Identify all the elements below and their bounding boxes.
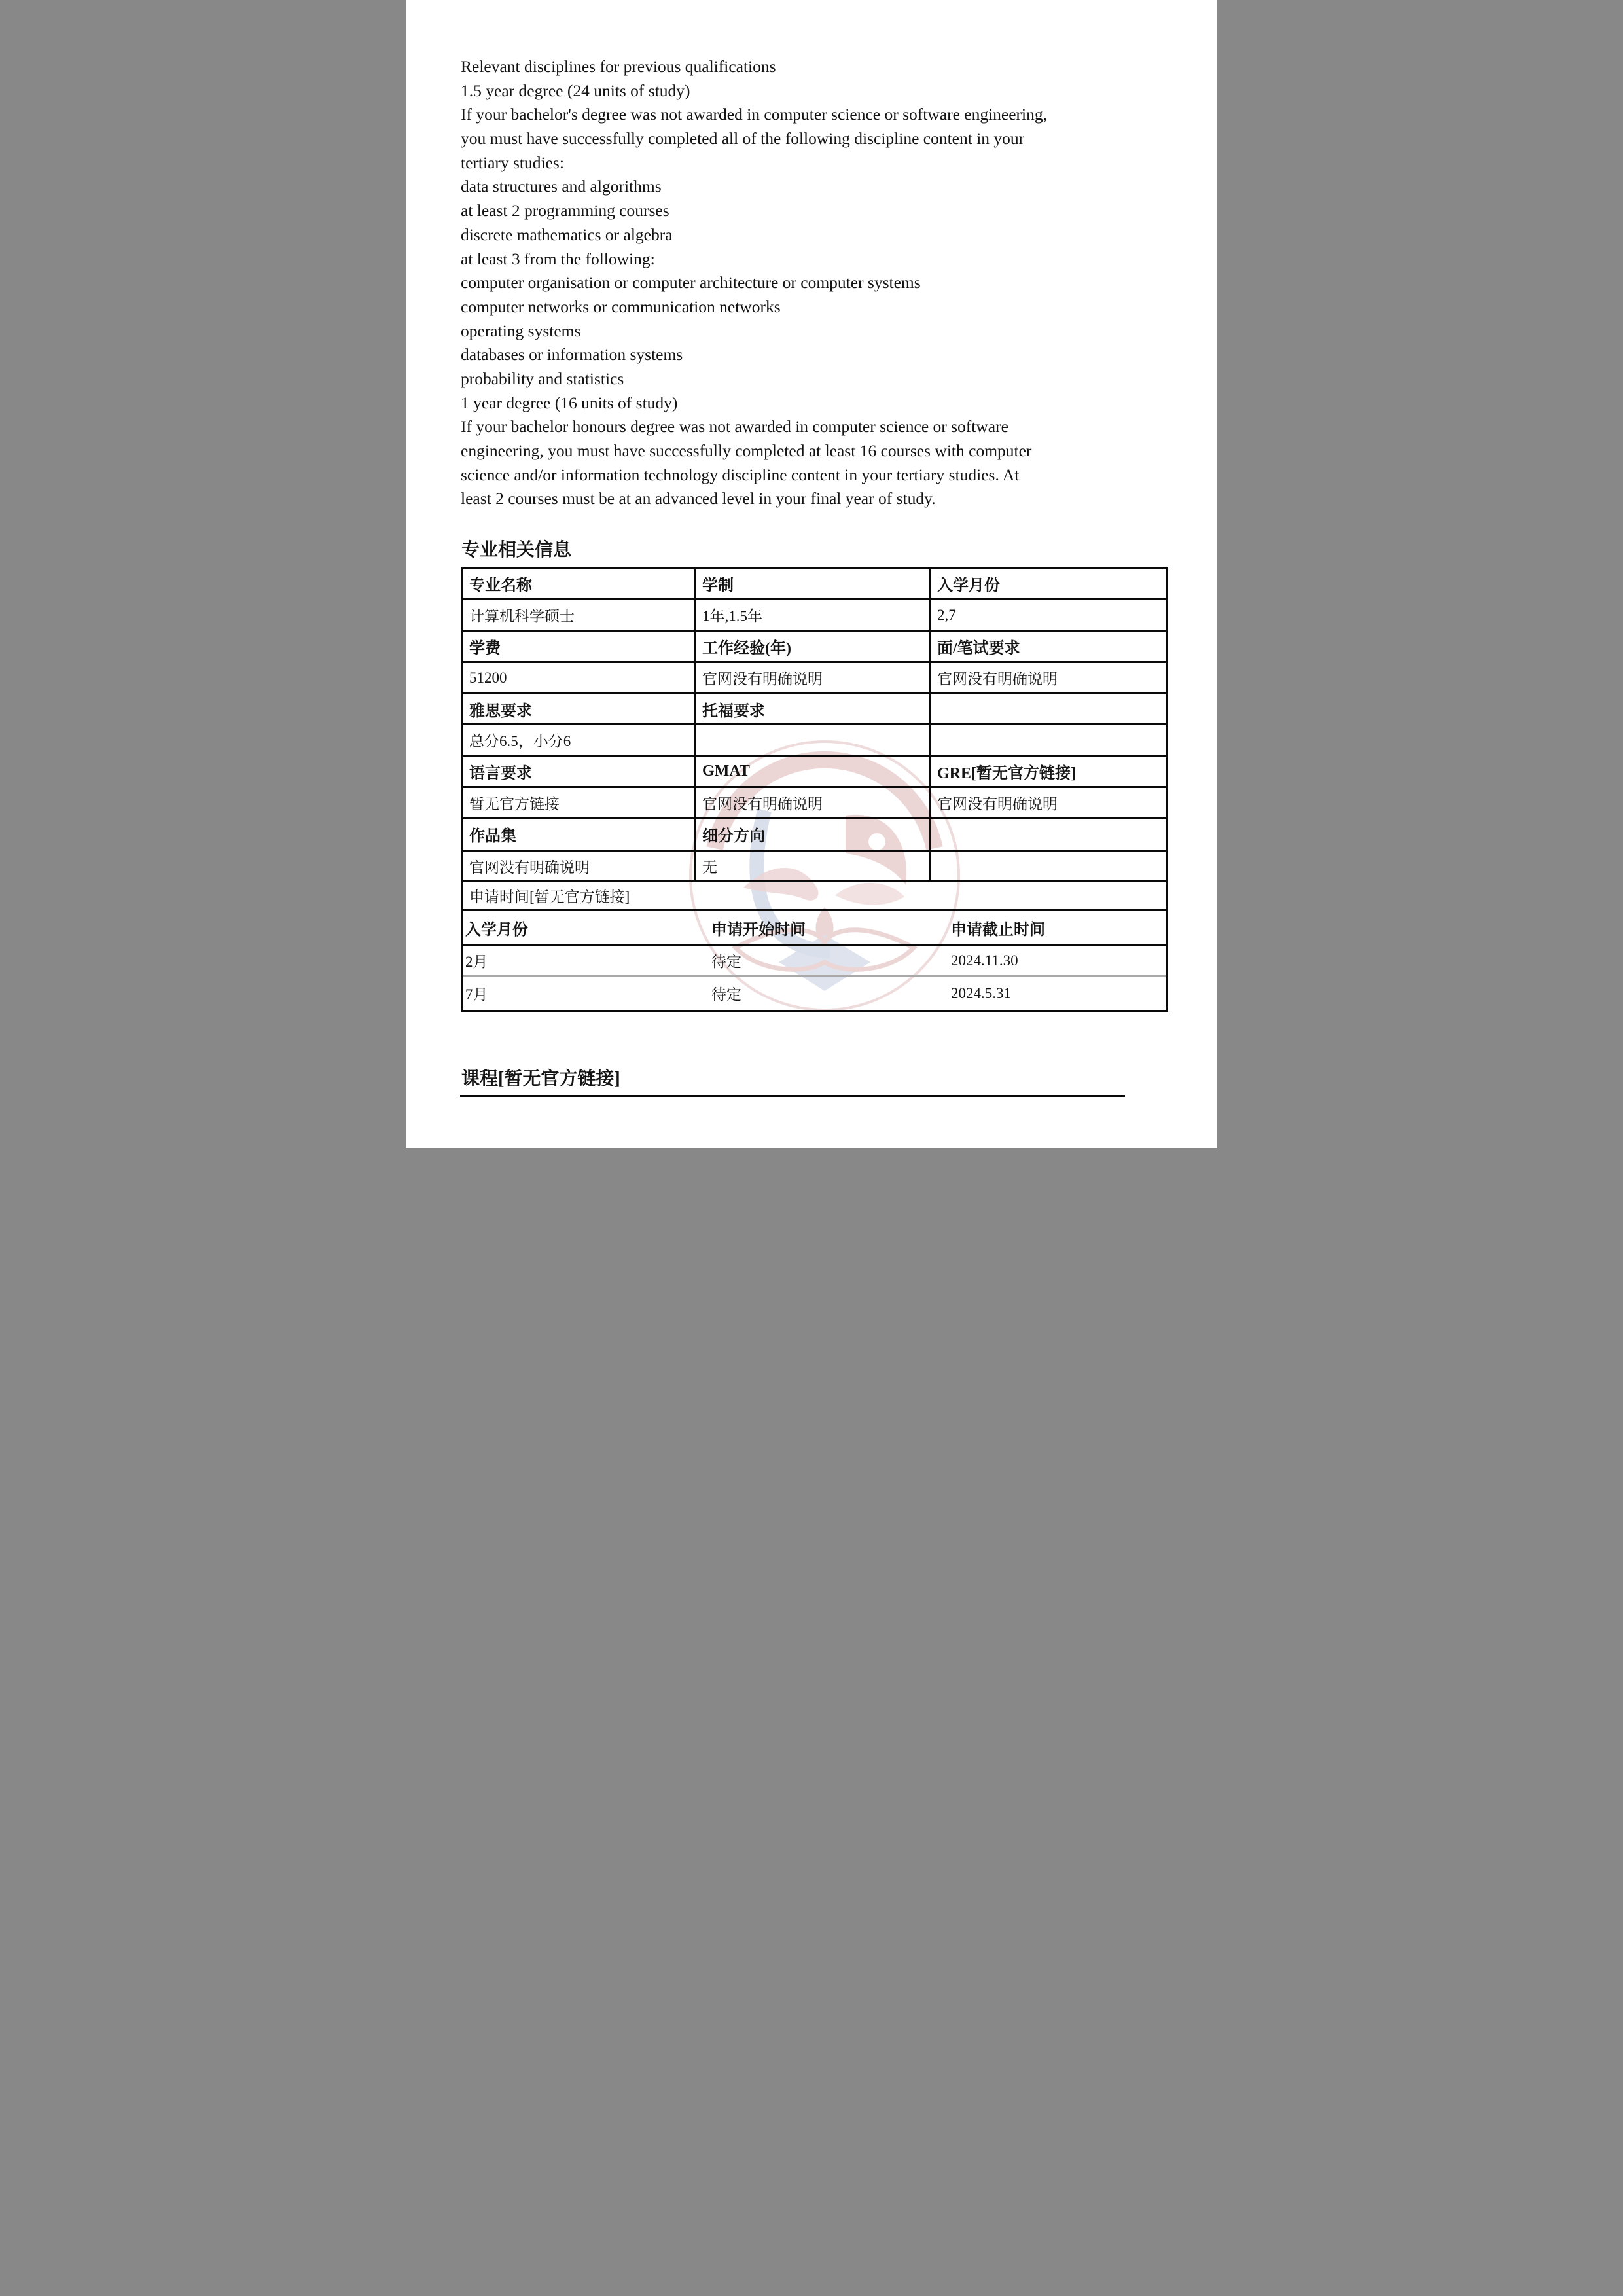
data-cell xyxy=(696,725,931,755)
schedule-cell: 待定 xyxy=(709,946,948,975)
intro-line: If your bachelor honours degree was not … xyxy=(461,415,1174,439)
intro-line: data structures and algorithms xyxy=(461,175,1174,199)
intro-line: engineering, you must have successfully … xyxy=(461,439,1174,463)
data-cell: 51200 xyxy=(463,663,696,692)
table-row: 51200 官网没有明确说明 官网没有明确说明 xyxy=(463,663,1166,694)
schedule-cell: 2024.5.31 xyxy=(948,977,1166,1010)
schedule-cell: 待定 xyxy=(709,977,948,1010)
table-row: 学费 工作经验(年) 面/笔试要求 xyxy=(463,632,1166,663)
header-cell: GRE[暂无官方链接] xyxy=(931,757,1166,786)
data-cell: 暂无官方链接 xyxy=(463,788,696,817)
header-cell: 细分方向 xyxy=(696,819,931,850)
data-cell xyxy=(931,852,1166,880)
header-cell xyxy=(931,819,1166,850)
data-cell: 官网没有明确说明 xyxy=(931,788,1166,817)
table-row: 计算机科学硕士 1年,1.5年 2,7 xyxy=(463,600,1166,632)
schedule-row: 7月 待定 2024.5.31 xyxy=(463,977,1166,1010)
schedule-row: 2月 待定 2024.11.30 xyxy=(463,946,1166,977)
data-cell: 无 xyxy=(696,852,931,880)
schedule-cell: 2月 xyxy=(463,946,709,975)
data-cell: 计算机科学硕士 xyxy=(463,600,696,630)
data-cell: 1年,1.5年 xyxy=(696,600,931,630)
header-cell: 专业名称 xyxy=(463,569,696,598)
intro-line: operating systems xyxy=(461,319,1174,344)
intro-line: probability and statistics xyxy=(461,367,1174,391)
header-cell: 入学月份 xyxy=(931,569,1166,598)
table-row: 语言要求 GMAT GRE[暂无官方链接] xyxy=(463,757,1166,788)
header-cell: 作品集 xyxy=(463,819,696,850)
document-page: Relevant disciplines for previous qualif… xyxy=(406,0,1217,1148)
course-section-rule xyxy=(460,1095,1125,1097)
table-row: 暂无官方链接 官网没有明确说明 官网没有明确说明 xyxy=(463,788,1166,819)
intro-line: tertiary studies: xyxy=(461,151,1174,175)
table-row: 官网没有明确说明 无 xyxy=(463,852,1166,882)
intro-line: at least 2 programming courses xyxy=(461,199,1174,223)
header-cell: 学费 xyxy=(463,632,696,661)
intro-paragraph: Relevant disciplines for previous qualif… xyxy=(461,55,1174,511)
header-cell: GMAT xyxy=(696,757,931,786)
intro-line: discrete mathematics or algebra xyxy=(461,223,1174,247)
data-cell: 官网没有明确说明 xyxy=(696,788,931,817)
schedule-header-cell: 申请截止时间 xyxy=(948,911,1166,944)
schedule-header-row: 入学月份 申请开始时间 申请截止时间 xyxy=(463,911,1166,946)
header-cell xyxy=(931,694,1166,723)
table-row: 总分6.5，小分6 xyxy=(463,725,1166,757)
header-cell: 工作经验(年) xyxy=(696,632,931,661)
data-cell: 官网没有明确说明 xyxy=(463,852,696,880)
intro-line: 1.5 year degree (24 units of study) xyxy=(461,79,1174,103)
intro-line: computer networks or communication netwo… xyxy=(461,295,1174,319)
course-section-title: 课程[暂无官方链接] xyxy=(461,1064,620,1090)
table-row: 作品集 细分方向 xyxy=(463,819,1166,852)
program-info-table: 专业名称 学制 入学月份 计算机科学硕士 1年,1.5年 2,7 学费 工作经验… xyxy=(461,567,1168,1012)
data-cell: 官网没有明确说明 xyxy=(696,663,931,692)
schedule-cell: 2024.11.30 xyxy=(948,946,1166,975)
data-cell: 2,7 xyxy=(931,600,1166,630)
header-cell: 雅思要求 xyxy=(463,694,696,723)
table-row: 雅思要求 托福要求 xyxy=(463,694,1166,725)
header-cell: 学制 xyxy=(696,569,931,598)
data-cell: 官网没有明确说明 xyxy=(931,663,1166,692)
intro-line: science and/or information technology di… xyxy=(461,463,1174,488)
intro-line: 1 year degree (16 units of study) xyxy=(461,391,1174,416)
header-cell: 托福要求 xyxy=(696,694,931,723)
application-time-merged-row: 申请时间[暂无官方链接] xyxy=(463,882,1166,911)
table-row: 专业名称 学制 入学月份 xyxy=(463,569,1166,600)
program-info-section-title: 专业相关信息 xyxy=(461,535,571,562)
intro-line: you must have successfully completed all… xyxy=(461,127,1174,151)
intro-line: computer organisation or computer archit… xyxy=(461,271,1174,295)
schedule-header-cell: 入学月份 xyxy=(463,911,709,944)
data-cell xyxy=(931,725,1166,755)
schedule-header-cell: 申请开始时间 xyxy=(709,911,948,944)
intro-line: least 2 courses must be at an advanced l… xyxy=(461,487,1174,511)
intro-line: databases or information systems xyxy=(461,343,1174,367)
data-cell: 总分6.5，小分6 xyxy=(463,725,696,755)
intro-line: If your bachelor's degree was not awarde… xyxy=(461,103,1174,127)
schedule-cell: 7月 xyxy=(463,977,709,1010)
header-cell: 语言要求 xyxy=(463,757,696,786)
header-cell: 面/笔试要求 xyxy=(931,632,1166,661)
intro-line: Relevant disciplines for previous qualif… xyxy=(461,55,1174,79)
intro-line: at least 3 from the following: xyxy=(461,247,1174,272)
